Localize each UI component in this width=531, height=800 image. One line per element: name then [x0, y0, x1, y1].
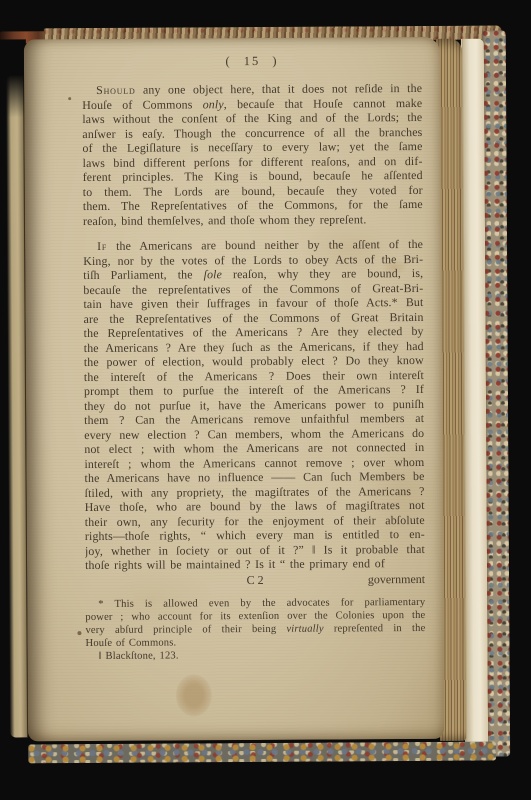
hinge-shadow — [0, 39, 26, 117]
footnote-section: * This is allowed even by the advocates … — [85, 596, 425, 663]
book-page: ( 15 ) Should any one object here, that … — [24, 37, 444, 742]
paragraph-1: Should any one object here, that it does… — [82, 81, 423, 228]
book: ( 15 ) Should any one object here, that … — [0, 24, 510, 763]
footnote-2: ‖ Blackſtone, 123. — [86, 648, 426, 663]
ink-speck — [68, 97, 71, 100]
text-line: ‖ Blackſtone, 123. — [86, 648, 426, 663]
signature-mark: C 2 — [247, 572, 264, 586]
photo-background: { "doc": { "header": "( 15 )", "paragrap… — [0, 0, 531, 800]
paragraph-2: If the Americans are bound neither by th… — [83, 237, 425, 573]
signature-line: C 2 government — [85, 571, 425, 588]
text-line: reaſon, bind themſelves, and thoſe whom … — [83, 211, 423, 228]
text-line: thoſe rights will be maintained ? Is it … — [85, 556, 425, 573]
stain — [176, 674, 212, 716]
page-number-header: ( 15 ) — [82, 53, 422, 70]
catchword: government — [368, 571, 425, 586]
text-line: very abſurd principle of their being vir… — [85, 622, 425, 637]
text-line: them. The Repreſentatives of the Commons… — [83, 197, 423, 214]
bottom-edge-marble — [28, 742, 496, 764]
ink-speck — [77, 631, 81, 635]
text-column: ( 15 ) Should any one object here, that … — [82, 37, 426, 663]
footnote-1: * This is allowed even by the advocates … — [85, 596, 425, 650]
